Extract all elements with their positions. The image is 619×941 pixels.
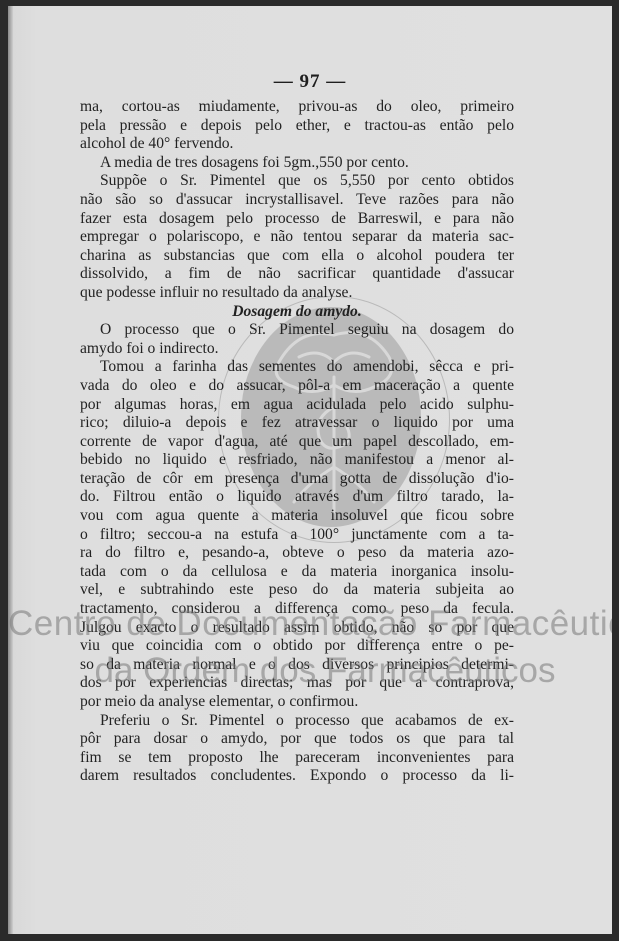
text-line: pôr para dosar o amydo, por que todos os… — [80, 730, 514, 749]
text-line: vou com agua quente a materia insoluvel … — [80, 507, 514, 526]
text-line: vel, e subtrahindo este peso do da mater… — [80, 581, 514, 600]
text-line: tada com o da cellulosa e da materia ino… — [80, 563, 514, 582]
text-line: não são so d'assucar incrystallisavel. T… — [80, 191, 514, 210]
text-line: Tomou a farinha das sementes do amendobi… — [80, 358, 514, 377]
text-line: corrente de vapor d'agua, até que um pap… — [80, 433, 514, 452]
text-line: Suppõe o Sr. Pimentel que os 5,550 por c… — [80, 172, 514, 191]
text-line: A media de tres dosagens foi 5gm.,550 po… — [80, 154, 514, 173]
text-line: por algumas horas, em agua acidulada pel… — [80, 396, 514, 415]
text-line: vada do oleo e do assucar, pôl-a em mace… — [80, 377, 514, 396]
text-line: O processo que o Sr. Pimentel seguiu na … — [80, 321, 514, 340]
watermark-line-2: da Ordem dos Farmacêuticos — [8, 651, 612, 691]
text-line: fim se tem proposto lhe pareceram inconv… — [80, 749, 514, 768]
text-line: por meio da analyse elementar, o confirm… — [80, 693, 514, 712]
text-line: bebido no liquido e resfriado, não manif… — [80, 451, 514, 470]
text-line: alcohol de 40° fervendo. — [80, 135, 514, 154]
text-line: que podesse influir no resultado da anal… — [80, 284, 514, 303]
paragraph: Preferiu o Sr. Pimentel o processo que a… — [80, 712, 514, 786]
text-line: pela pressão e depois pelo ether, e trac… — [80, 117, 514, 136]
text-line: do. Filtrou então o liquido através d'um… — [80, 488, 514, 507]
paragraph: A media de tres dosagens foi 5gm.,550 po… — [80, 154, 514, 173]
paragraph: O processo que o Sr. Pimentel seguiu na … — [80, 321, 514, 358]
paragraph: ma, cortou-as miudamente, privou-as do o… — [80, 98, 514, 154]
text-line: darem resultados concludentes. Expondo o… — [80, 767, 514, 786]
text-line: fazer esta dosagem pelo processo de Barr… — [80, 210, 514, 229]
text-line: Preferiu o Sr. Pimentel o processo que a… — [80, 712, 514, 731]
text-line: rico; diluio-a depois e fez atravessar o… — [80, 414, 514, 433]
document-page: — 97 — ma, cortou-as miudamente, privou-… — [8, 6, 612, 934]
text-line: empregar o polariscopo, e não tentou sep… — [80, 228, 514, 247]
watermark-line-1: Centro de Documentação Farmacêutica — [8, 604, 612, 644]
text-line: teração de côr em presença d'uma gotta d… — [80, 470, 514, 489]
book-spine-shadow — [8, 6, 13, 934]
text-line: ma, cortou-as miudamente, privou-as do o… — [80, 98, 514, 117]
text-line: ra do filtro e, pesando-a, obteve o peso… — [80, 544, 514, 563]
text-line: o filtro; seccou-a na estufa a 100° junc… — [80, 526, 514, 545]
paragraph: Suppõe o Sr. Pimentel que os 5,550 por c… — [80, 172, 514, 302]
text-line: amydo foi o indirecto. — [80, 340, 514, 359]
text-line: dissolvido, a fim de não sacrificar quan… — [80, 265, 514, 284]
text-line: charina as substancias que com ella o al… — [80, 247, 514, 266]
section-heading: Dosagem do amydo. — [80, 303, 514, 322]
page-number: — 97 — — [8, 71, 612, 93]
